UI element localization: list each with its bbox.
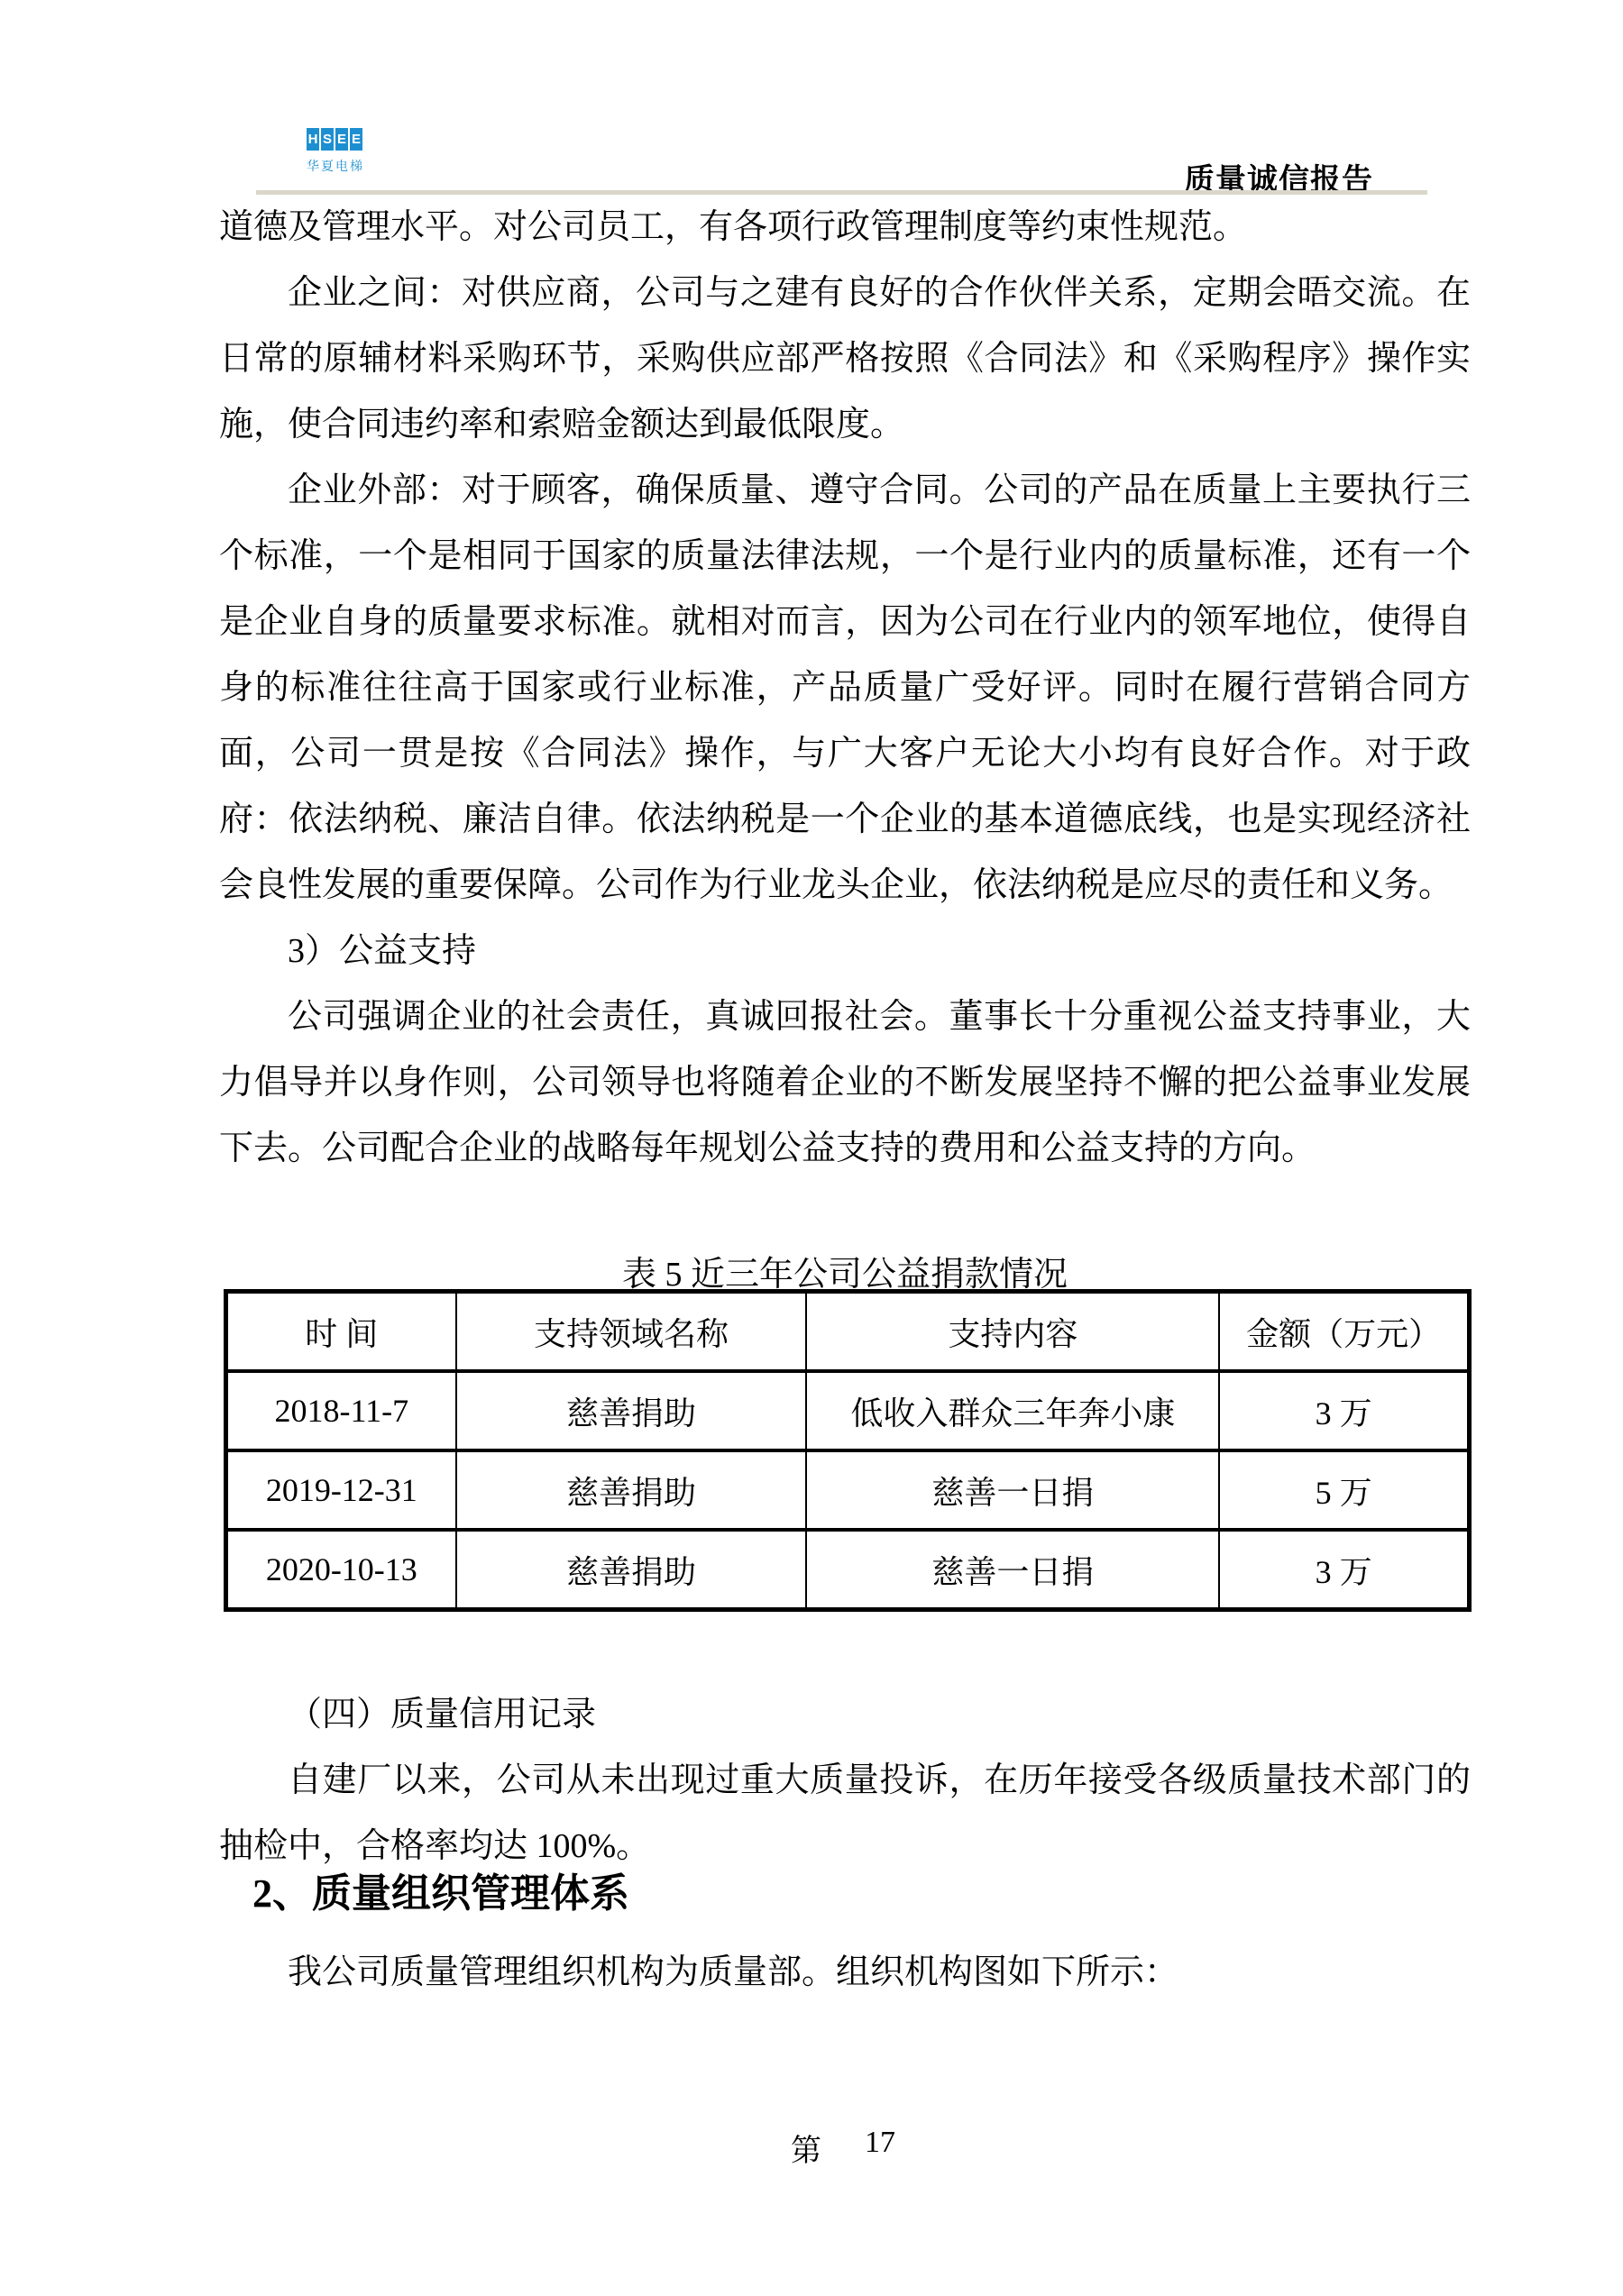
logo-tile: S	[321, 128, 334, 151]
table-header-row: 时 间 支持领域名称 支持内容 金额（万元）	[226, 1292, 1470, 1372]
paragraph-between-enterprises: 企业之间：对供应商，公司与之建有良好的合作伙伴关系，定期会晤交流。在日常的原辅材…	[219, 261, 1471, 458]
table-cell: 2018-11-7	[226, 1371, 456, 1450]
document-page: H S E E 华夏电梯 质量诚信报告 道德及管理水平。对公司员工，有各项行政管…	[0, 0, 1623, 2296]
table-cell: 慈善捐助	[456, 1530, 807, 1610]
logo-tile: H	[307, 128, 319, 151]
after-table-text-block: （四）质量信用记录 自建厂以来，公司从未出现过重大质量投诉，在历年接受各级质量技…	[219, 1682, 1471, 1880]
page-number: 17	[865, 2126, 895, 2170]
table-cell: 慈善捐助	[456, 1450, 807, 1530]
table-header-cell: 支持领域名称	[456, 1292, 807, 1372]
company-logo: H S E E 华夏电梯	[307, 128, 415, 175]
table-header-cell: 时 间	[226, 1292, 456, 1372]
table-cell: 5 万	[1219, 1450, 1469, 1530]
donation-table: 时 间 支持领域名称 支持内容 金额（万元） 2018-11-7 慈善捐助 低收…	[224, 1289, 1472, 1612]
table-cell: 低收入群众三年奔小康	[806, 1371, 1219, 1450]
page-footer: 第 17	[0, 2126, 1623, 2170]
table-cell: 3 万	[1219, 1371, 1469, 1450]
table-cell: 2019-12-31	[226, 1450, 456, 1530]
paragraph-organization: 我公司质量管理组织机构为质量部。组织机构图如下所示：	[219, 1940, 1471, 2006]
table-cell: 慈善一日捐	[806, 1530, 1219, 1610]
table-header-cell: 金额（万元）	[1219, 1292, 1469, 1372]
table-cell: 慈善一日捐	[806, 1450, 1219, 1530]
table-row: 2019-12-31 慈善捐助 慈善一日捐 5 万	[226, 1450, 1470, 1530]
footer-inner: 第 17	[728, 2126, 895, 2170]
table-row: 2018-11-7 慈善捐助 低收入群众三年奔小康 3 万	[226, 1371, 1470, 1450]
body-text-block: 道德及管理水平。对公司员工，有各项行政管理制度等约束性规范。 企业之间：对供应商…	[219, 195, 1471, 1182]
section-four-title: （四）质量信用记录	[219, 1682, 1471, 1748]
table-row: 2020-10-13 慈善捐助 慈善一日捐 3 万	[226, 1530, 1470, 1610]
logo-tile: E	[335, 128, 348, 151]
table-cell: 3 万	[1219, 1530, 1469, 1610]
table-cell: 慈善捐助	[456, 1371, 807, 1450]
footer-prefix: 第	[791, 2126, 821, 2170]
paragraph-external: 企业外部：对于顾客，确保质量、遵守合同。公司的产品在质量上主要执行三个标准，一个…	[219, 458, 1471, 919]
paragraph-welfare-title: 3）公益支持	[219, 919, 1471, 984]
table-header-cell: 支持内容	[806, 1292, 1219, 1372]
table-cell: 2020-10-13	[226, 1530, 456, 1610]
paragraph-quality-credit: 自建厂以来，公司从未出现过重大质量投诉，在历年接受各级质量技术部门的抽检中，合格…	[219, 1748, 1471, 1880]
org-paragraph-block: 我公司质量管理组织机构为质量部。组织机构图如下所示：	[219, 1940, 1471, 2006]
paragraph-continuation: 道德及管理水平。对公司员工，有各项行政管理制度等约束性规范。	[219, 195, 1471, 261]
paragraph-welfare: 公司强调企业的社会责任，真诚回报社会。董事长十分重视公益支持事业，大力倡导并以身…	[219, 984, 1471, 1182]
logo-tiles: H S E E	[307, 128, 415, 151]
logo-tile: E	[350, 128, 362, 151]
heading-quality-organization: 2、质量组织管理体系	[219, 1864, 1504, 1924]
logo-tagline: 华夏电梯	[307, 157, 415, 175]
